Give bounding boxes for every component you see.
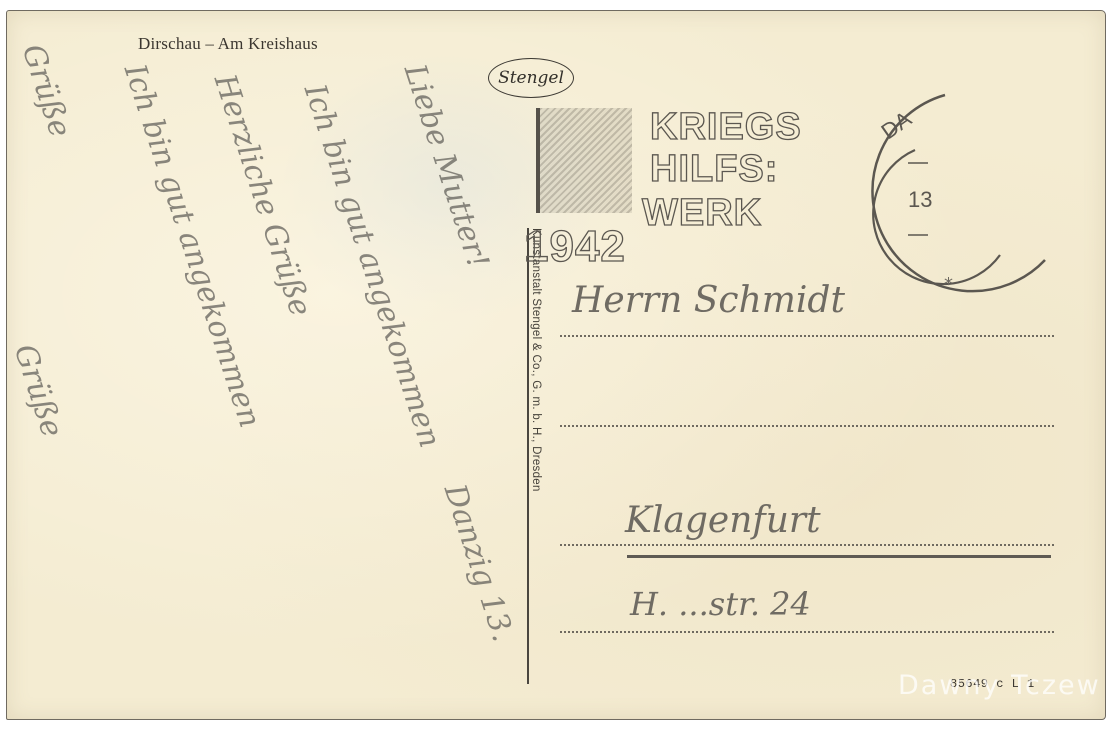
address-street: H. ...str. 24 [630, 585, 811, 623]
slogan-word: HILFS: [650, 148, 778, 191]
message-line: Danzig 13. [437, 480, 521, 646]
address-line-3 [560, 544, 1054, 546]
svg-text:13: 13 [908, 187, 932, 212]
address-line-1 [560, 335, 1054, 337]
center-divider [527, 228, 529, 684]
address-line-2 [560, 425, 1054, 427]
message-line: Liebe Mutter! [397, 60, 496, 273]
circular-postmark: DA 13 * [850, 85, 1060, 300]
address-city: Klagenfurt [625, 500, 821, 541]
slogan-word: KRIEGS [650, 106, 802, 149]
handwritten-message: Grüße Ich bin gut angekommen Herzliche G… [30, 40, 510, 700]
address-city-underline [627, 555, 1051, 558]
address-recipient: Herrn Schmidt [572, 280, 845, 321]
slogan-word: WERK [642, 192, 762, 235]
slogan-year: 1942 [524, 222, 626, 272]
source-watermark: Dawny Tczew [898, 670, 1101, 701]
address-line-4 [560, 631, 1054, 633]
postmark-rings-icon: DA 13 * [850, 85, 1060, 300]
slogan-cancellation: KRIEGS HILFS: WERK 1942 [532, 100, 822, 275]
svg-text:*: * [944, 274, 953, 295]
cancellation-emblem [536, 108, 632, 213]
